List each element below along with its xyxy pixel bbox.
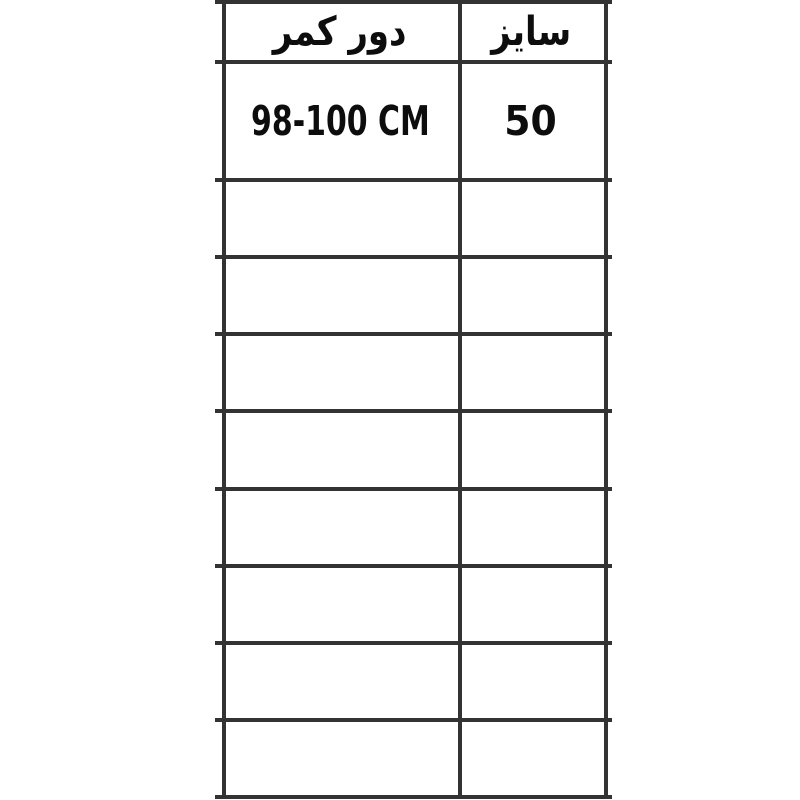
cell-size xyxy=(458,336,604,409)
size-chart-image: دور کمر سایز 98-100 CM 50 xyxy=(0,0,800,800)
table-row xyxy=(215,722,612,799)
cell-waist xyxy=(222,413,458,486)
cell-size xyxy=(458,491,604,564)
table-row xyxy=(215,259,612,336)
table-left-border xyxy=(222,0,226,799)
table-right-border xyxy=(604,0,608,799)
cell-size: 50 xyxy=(458,64,604,178)
cell-waist xyxy=(222,336,458,409)
table-row xyxy=(215,491,612,568)
cell-waist: 98-100 CM xyxy=(222,64,458,178)
table-header-row: دور کمر سایز xyxy=(215,0,612,64)
cell-waist xyxy=(222,568,458,641)
cell-waist xyxy=(222,491,458,564)
table-column-divider xyxy=(458,0,462,799)
size-column-label: سایز xyxy=(491,12,571,52)
waist-column-label: دور کمر xyxy=(273,12,407,52)
size-value: 50 xyxy=(505,101,557,142)
cell-size xyxy=(458,722,604,795)
size-chart-table: دور کمر سایز 98-100 CM 50 xyxy=(215,0,612,799)
table-row xyxy=(215,182,612,259)
cell-size xyxy=(458,413,604,486)
cell-size xyxy=(458,568,604,641)
cell-size xyxy=(458,182,604,255)
table-row: 98-100 CM 50 xyxy=(215,64,612,182)
header-cell-waist: دور کمر xyxy=(222,4,458,60)
cell-waist xyxy=(222,645,458,718)
table-row xyxy=(215,568,612,645)
header-cell-size: سایز xyxy=(458,4,604,60)
cell-waist xyxy=(222,722,458,795)
table-row xyxy=(215,645,612,722)
cell-size xyxy=(458,259,604,332)
cell-size xyxy=(458,645,604,718)
table-row xyxy=(215,413,612,490)
waist-value: 98-100 CM xyxy=(251,101,430,142)
cell-waist xyxy=(222,259,458,332)
table-row xyxy=(215,336,612,413)
cell-waist xyxy=(222,182,458,255)
